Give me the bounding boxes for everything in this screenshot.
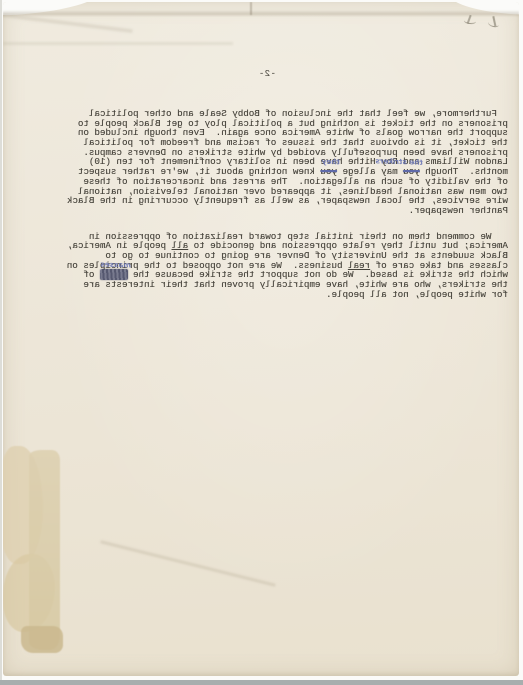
mirrored-scan-layer: -2- Furthermore, we feel that the inclus… [0, 0, 523, 685]
scanned-document-page: { "page": { "number_label": "-2-" }, "co… [0, 0, 523, 685]
page-number: -2- [259, 68, 276, 79]
photo-edge [0, 0, 2, 685]
text-segment: for white people, not all people. [326, 289, 508, 300]
pencil-mark [464, 17, 476, 24]
photo-edge [0, 680, 523, 685]
handwritten-note: the strikers [375, 157, 423, 166]
handwritten-note: masses [100, 261, 131, 269]
text-line: for white people, not all people. [48, 290, 508, 300]
typed-text: for white people, not all people. [326, 289, 508, 300]
text-segment: Panther newspaper. [409, 205, 508, 216]
text-line: Panther newspaper. [48, 206, 508, 216]
paragraph: Furthermore, we feel that the inclusion … [48, 109, 508, 216]
handwritten-note: they [322, 158, 341, 166]
typed-text: Panther newspaper. [409, 205, 508, 216]
document-text: Furthermore, we feel that the inclusion … [48, 109, 508, 315]
pencil-mark [488, 19, 500, 27]
paragraph: We commend them on their initial step to… [48, 232, 508, 300]
